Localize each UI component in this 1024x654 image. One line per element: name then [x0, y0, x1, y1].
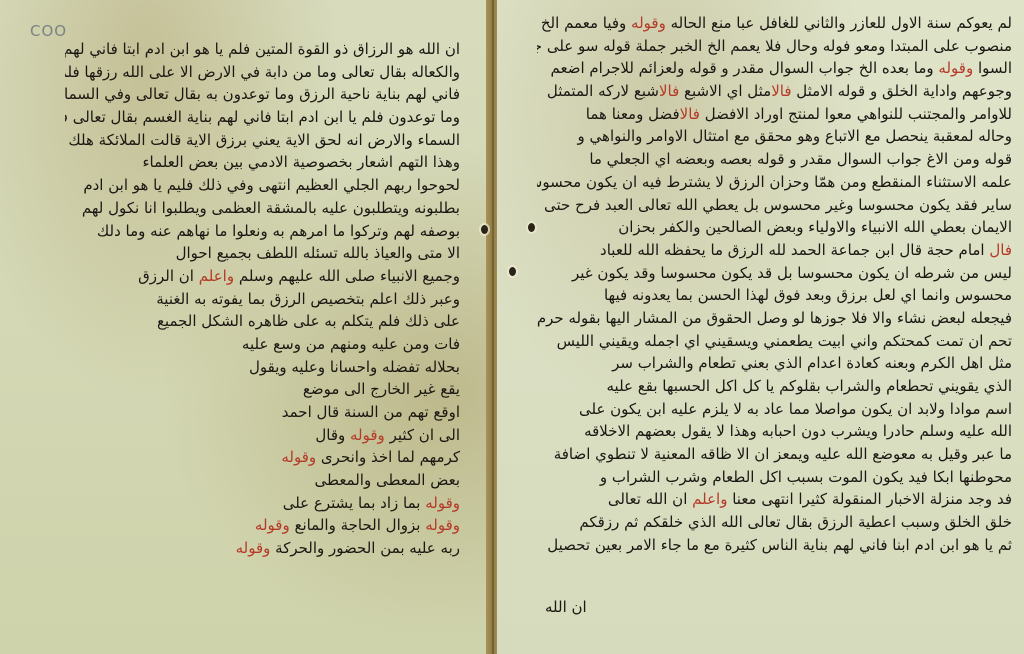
text-line: فات ومن عليه ومنهم من وسع عليه [65, 333, 460, 356]
text-line: بعض المعطى والمعطى [65, 469, 460, 492]
worm-hole [528, 223, 535, 232]
text-line: لحوحوا ربهم الجلي العظيم انتهى وفي ذلك ف… [65, 174, 460, 197]
text-line: وما توعدون فلم يا ابن ادم ابتا فاني لهم … [65, 106, 460, 129]
text-line: فاني لهم بناية ناحية الرزق وما توعدون به… [65, 83, 460, 106]
text-line: فيجعله لبعض نشاء والا فلا جوزها لو وصل ا… [537, 307, 1012, 330]
catchword: ان الله [545, 598, 587, 616]
text-line: وحاله لمعقبة ينحصل مع الاتباع وهو محقق م… [537, 125, 1012, 148]
left-page-text: ان الله هو الرزاق ذو القوة المتين فلم يا… [65, 38, 460, 560]
text-line: قوله ومن الاغ جواب السوال مقدر و قوله بع… [537, 148, 1012, 171]
text-line: بطلبونه ويتطلبون عليه بالمشقة العظمى ويط… [65, 197, 460, 220]
manuscript-spread: COO ان الله هو الرزاق ذو القوة المتين فل… [0, 0, 1024, 654]
text-line: الايمان بعطي الله الانبياء والاولياء وبع… [537, 216, 1012, 239]
text-line: بوصفه لهم وتركوا ما امرهم به ونعلوا ما ن… [65, 220, 460, 243]
worm-hole [481, 225, 488, 234]
text-line: وعبر ذلك اعلم بتخصيص الرزق بما يفوته به … [65, 288, 460, 311]
text-line: خلق الخلق وسبب اعطية الرزق بقال تعالى ال… [537, 511, 1012, 534]
text-line: ثم يا هو ابن ادم ابنا فاني لهم بناية الن… [537, 534, 1012, 557]
right-page-text: لم يعوكم سنة الاول للعازر والثاني للغافل… [537, 12, 1012, 557]
text-line: تحم ان تمت كمحتكم واني ابيت يطعمني ويسقي… [537, 330, 1012, 353]
worm-hole [509, 267, 516, 276]
text-line: فال امام حجة قال ابن جماعة الحمد لله الر… [537, 239, 1012, 262]
text-line: ربه عليه بمن الحضور والحركة وقوله [65, 537, 460, 560]
text-line: الى ان كثير وقوله وقال [65, 424, 460, 447]
text-line: اوقع تهم من السنة قال احمد [65, 401, 460, 424]
text-line: كرمهم لما اخذ وانحرى وقوله [65, 446, 460, 469]
left-page: COO ان الله هو الرزاق ذو القوة المتين فل… [0, 0, 488, 654]
folio-number-mark: COO [30, 22, 67, 40]
text-line: منصوب على المبتدا ومعو فوله وحال فلا يعم… [537, 35, 1012, 58]
text-line: والكعاله بقال تعالى وما من دابة في الارض… [65, 61, 460, 84]
text-line: محسوس وانما اي لعل برزق وبعد فوق لهذا ال… [537, 284, 1012, 307]
text-line: ساير فقد يكون محسوسا وغير محسوس بل يعطي … [537, 194, 1012, 217]
text-line: فد وجد منزلة الاخبار المنقولة كثيرا انته… [537, 488, 1012, 511]
text-line: وجوعهم واداية الخلق و قوله الامثل فالامث… [537, 80, 1012, 103]
text-line: اسم موادا ولابد ان يكون مواصلا مما عاد ب… [537, 398, 1012, 421]
text-line: وجميع الانبياء صلى الله عليهم وسلم واعلم… [65, 265, 460, 288]
text-line: وهذا التهم اشعار بخصوصية الادمي بين بعض … [65, 151, 460, 174]
right-page: لم يعوكم سنة الاول للعازر والثاني للغافل… [497, 0, 1024, 654]
text-line: الله عليه وسلم حادرا ويشرب دون احبابه وه… [537, 420, 1012, 443]
text-line: مثل اهل الكرم وبعنه كعادة اعدام الذي بعن… [537, 352, 1012, 375]
text-line: بحلاله تفضله واحسانا وعليه ويقول [65, 356, 460, 379]
text-line: الا متى والعياذ بالله تسئله اللطف بجميع … [65, 242, 460, 265]
text-line: ما عبر وقيل به معوضع الله عليه ويمعز ان … [537, 443, 1012, 466]
text-line: وقوله بما زاد بما يشترع على [65, 492, 460, 515]
text-line: ان الله هو الرزاق ذو القوة المتين فلم يا… [65, 38, 460, 61]
text-line: الذي يقويني تحطعام والشراب بقلوكم يا كل … [537, 375, 1012, 398]
text-line: على ذلك فلم يتكلم به على ظاهره الشكل الج… [65, 310, 460, 333]
text-line: وقوله بزوال الحاجة والمانع وقوله [65, 514, 460, 537]
text-line: للاوامر والمجتنب للنواهي معوا لمنتج اورا… [537, 103, 1012, 126]
text-line: يقع غير الخارج الى موضع [65, 378, 460, 401]
text-line: علمه الاستثناء المنقطع ومن همّا وحزان ال… [537, 171, 1012, 194]
text-line: السماء والارض انه لحق الاية يعني برزق ال… [65, 129, 460, 152]
text-line: ليس من شرطه ان يكون محسوسا بل قد يكون مح… [537, 262, 1012, 285]
text-line: محوطنها ابكا فيد يكون الموت بسبب اكل الط… [537, 466, 1012, 489]
text-line: لم يعوكم سنة الاول للعازر والثاني للغافل… [537, 12, 1012, 35]
text-line: السوا وقوله وما بعده الخ جواب السوال مقد… [537, 57, 1012, 80]
